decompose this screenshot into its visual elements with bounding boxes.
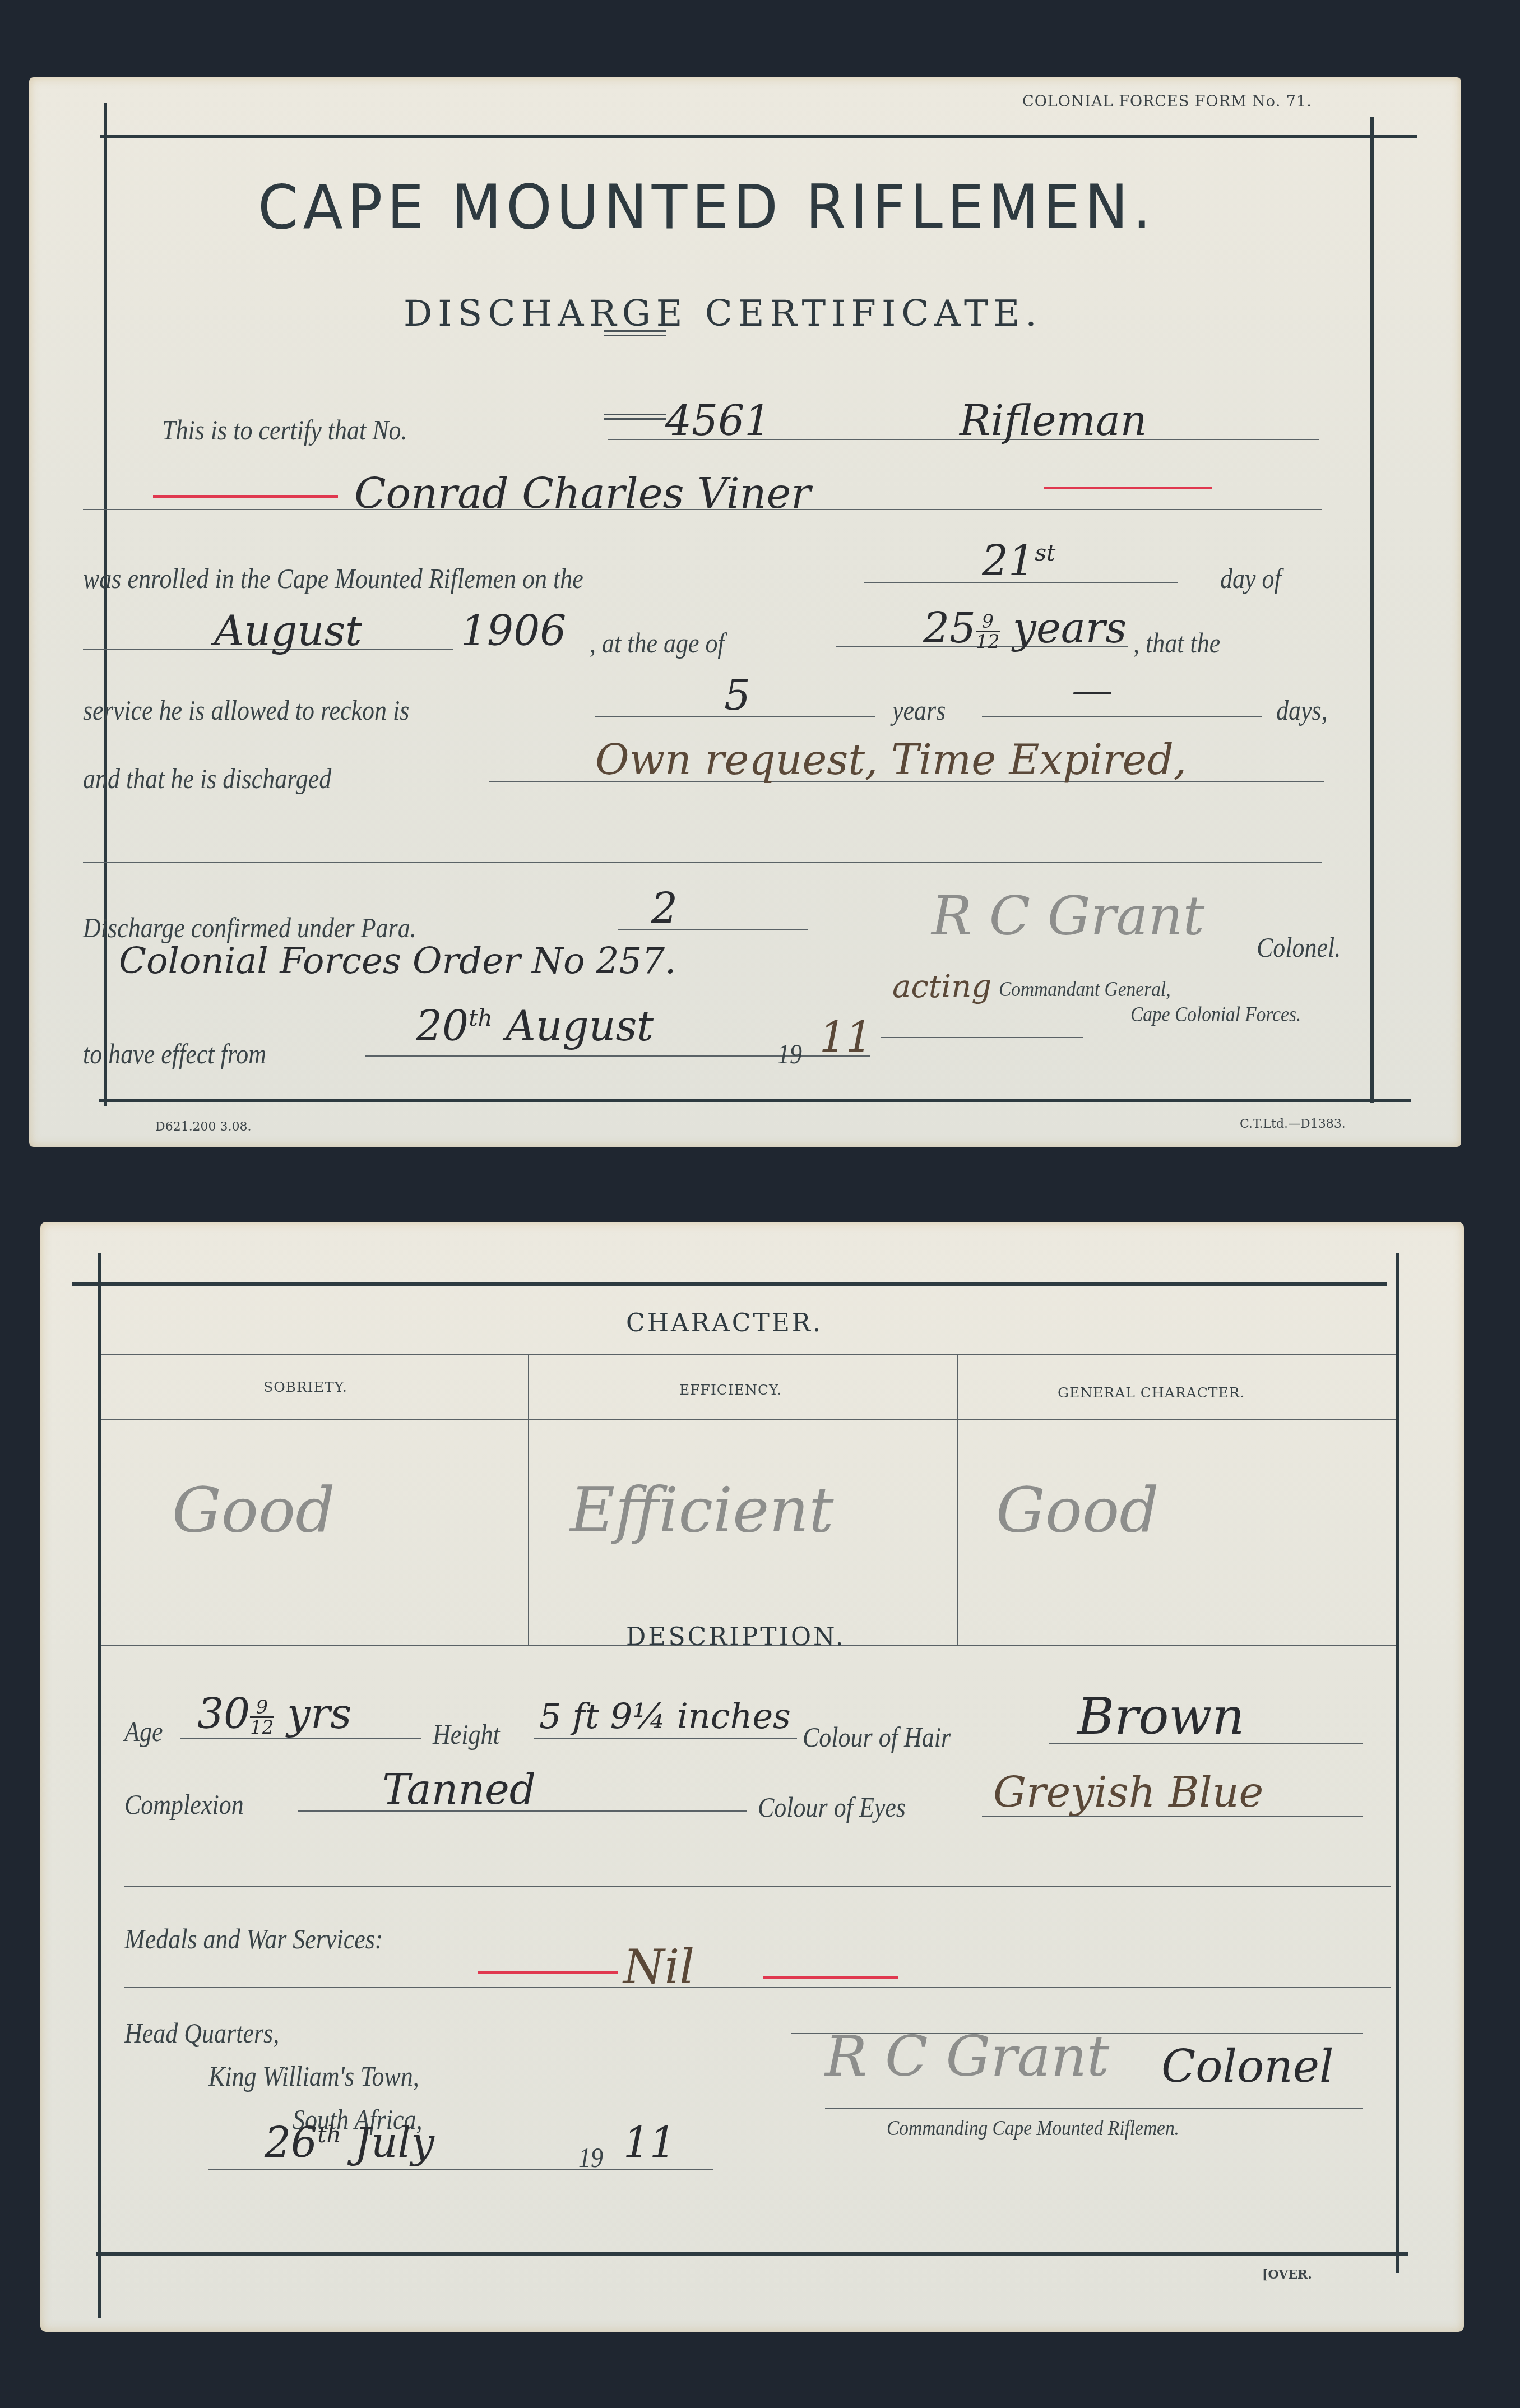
hq-line-2: King William's Town,	[208, 2060, 419, 2092]
medals-value: Nil	[623, 1939, 694, 1994]
character-table-top	[101, 1354, 1396, 1355]
effect-month: August	[506, 1002, 654, 1050]
frame-top-rule	[72, 1282, 1387, 1286]
age-label: Age	[124, 1715, 163, 1748]
enrol-month: August	[214, 607, 362, 655]
years-label: years	[892, 694, 946, 726]
signature-front: R C Grant	[932, 885, 1204, 947]
sobriety-value: Good	[172, 1474, 335, 1546]
signatory-title-2: Cape Colonial Forces.	[1130, 1002, 1301, 1027]
frame-right-rule	[1396, 1253, 1399, 2273]
medals-red-dash-left	[478, 1971, 618, 1974]
para-fill-line	[618, 929, 808, 930]
col-header-general-character: GENERAL CHARACTER.	[1058, 1384, 1245, 1401]
age-fraction: 912	[250, 1698, 274, 1737]
col-header-efficiency: EFFICIENCY.	[679, 1382, 782, 1398]
red-dash-right	[1044, 487, 1212, 489]
colonel-label-back: Colonel	[1161, 2040, 1334, 2092]
height-inches: 9¼ inches	[610, 1696, 791, 1736]
age-unit: yrs	[287, 1690, 351, 1738]
medals-top-line	[124, 1886, 1391, 1887]
character-heading: CHARACTER.	[626, 1309, 823, 1337]
frame-bottom-rule	[96, 2252, 1408, 2256]
effect-day-suffix: th	[469, 1004, 493, 1031]
print-code-left: D621.200 3.08.	[155, 1120, 252, 1134]
issue-date: 26th July	[265, 2119, 434, 2167]
frame-left-rule	[104, 103, 107, 1106]
service-label: service he is allowed to reckon is	[83, 694, 409, 726]
enrol-age: 25912 years	[923, 604, 1127, 652]
efficiency-value: Efficient	[570, 1474, 833, 1546]
regimental-number: 4561	[665, 397, 771, 445]
discharge-reason: Own request, Time Expired,	[595, 736, 1187, 784]
signature-back: R C Grant	[825, 2023, 1109, 2089]
enrol-age-denominator: 12	[976, 632, 999, 651]
enrol-age-whole: 25	[923, 604, 976, 652]
height-fill-line	[534, 1738, 797, 1739]
frame-bottom-rule	[99, 1099, 1411, 1102]
hair-label: Colour of Hair	[803, 1721, 951, 1753]
discharge-certificate-front: COLONIAL FORCES FORM No. 71. CAPE MOUNTE…	[29, 77, 1461, 1147]
blank-fill-line	[83, 862, 1322, 863]
date-day-suffix: th	[317, 2121, 341, 2148]
enrol-day: 21st	[982, 537, 1055, 585]
character-table-header-bottom	[101, 1419, 1396, 1420]
enrol-day-number: 21	[982, 537, 1035, 585]
character-col-divider-1	[528, 1354, 529, 1645]
age-label: , at the age of	[590, 627, 725, 659]
effect-year-suffix: 11	[819, 1013, 872, 1062]
subtitle-divider-thin	[604, 414, 666, 415]
title-divider-thin	[604, 335, 666, 336]
complexion-label: Complexion	[124, 1788, 244, 1821]
effect-date: 20th August	[416, 1002, 654, 1050]
date-day: 26	[265, 2119, 317, 2167]
age-value: 30912 yrs	[197, 1690, 351, 1738]
eyes-value: Greyish Blue	[993, 1768, 1263, 1817]
enrol-age-fraction: 912	[976, 612, 999, 651]
over-note: [OVER.	[1262, 2267, 1312, 2282]
age-numerator: 9	[250, 1698, 274, 1718]
confirmed-label: Discharge confirmed under Para.	[83, 911, 416, 944]
frame-top-rule	[100, 135, 1417, 138]
para-number: 2	[651, 885, 678, 933]
date-month: July	[354, 2119, 434, 2167]
document-subtitle: DISCHARGE CERTIFICATE.	[404, 293, 1042, 335]
medals-fill-line	[124, 1987, 1391, 1988]
hair-value: Brown	[1077, 1687, 1244, 1746]
discharge-certificate-back: CHARACTER. SOBRIETY. EFFICIENCY. GENERAL…	[40, 1222, 1464, 2332]
general-character-value: Good	[996, 1474, 1159, 1546]
enrol-year: 1906	[461, 607, 566, 655]
date-year-prefix: 19	[578, 2141, 603, 2174]
complexion-value: Tanned	[382, 1766, 536, 1814]
form-number: COLONIAL FORCES FORM No. 71.	[1022, 93, 1312, 110]
frame-right-rule	[1370, 117, 1374, 1103]
effect-year-prefix: 19	[777, 1038, 802, 1070]
day-of-label: day of	[1220, 562, 1281, 595]
height-value: 5 ft 9¼ inches	[539, 1696, 791, 1736]
frame-left-rule	[98, 1253, 101, 2318]
rank: Rifleman	[960, 397, 1147, 445]
signature-line-front	[881, 1037, 1083, 1038]
date-year-suffix: 11	[623, 2119, 676, 2167]
hq-line-1: Head Quarters,	[124, 2017, 279, 2049]
acting-note: acting	[892, 969, 991, 1005]
eyes-label: Colour of Eyes	[758, 1791, 906, 1823]
signatory-title-back: Commanding Cape Mounted Riflemen.	[887, 2116, 1179, 2141]
service-days-fill-line	[982, 716, 1262, 717]
enrol-age-unit: years	[1013, 604, 1127, 652]
document-title: CAPE MOUNTED RIFLEMEN.	[258, 171, 1156, 243]
date-fill-line	[208, 2169, 713, 2170]
enrolled-label: was enrolled in the Cape Mounted Rifleme…	[83, 562, 583, 595]
description-heading: DESCRIPTION.	[626, 1623, 846, 1651]
service-years: 5	[724, 672, 750, 720]
that-the-label: , that the	[1133, 627, 1220, 659]
signature-line-back	[825, 2108, 1363, 2109]
enrol-day-suffix: st	[1035, 539, 1055, 566]
height-feet: 5 ft	[539, 1696, 599, 1736]
certify-label: This is to certify that No.	[162, 414, 407, 446]
height-label: Height	[433, 1718, 500, 1751]
colonel-label-front: Colonel.	[1257, 931, 1341, 964]
days-label: days,	[1276, 694, 1328, 726]
subtitle-divider	[604, 418, 666, 420]
signatory-title-1: Commandant General,	[999, 977, 1171, 1002]
order-reference: Colonial Forces Order No 257.	[119, 941, 676, 982]
medals-red-dash-right	[763, 1976, 898, 1979]
service-days: —	[1072, 666, 1113, 714]
age-denominator: 12	[250, 1718, 274, 1736]
enrol-age-numerator: 9	[976, 612, 999, 632]
soldier-name: Conrad Charles Viner	[354, 470, 811, 518]
age-whole: 30	[197, 1690, 250, 1738]
col-header-sobriety: SOBRIETY.	[263, 1379, 347, 1395]
name-fill-line	[83, 509, 1322, 510]
discharged-label: and that he is discharged	[83, 762, 331, 795]
character-col-divider-2	[957, 1354, 958, 1645]
red-dash-left	[153, 495, 338, 498]
effect-label: to have effect from	[83, 1038, 266, 1070]
medals-label: Medals and War Services:	[124, 1923, 383, 1955]
print-code-right: C.T.Ltd.—D1383.	[1240, 1117, 1346, 1131]
effect-day: 20	[416, 1002, 469, 1050]
